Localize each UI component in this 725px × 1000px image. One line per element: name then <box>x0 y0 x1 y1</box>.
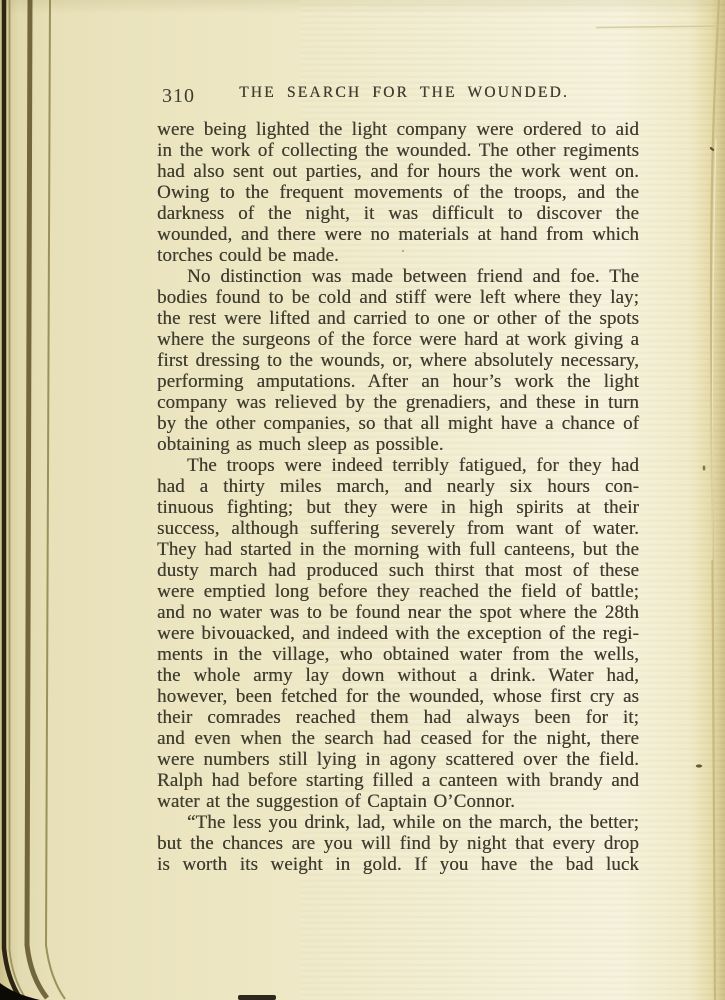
text-line: were bivouacked, and indeed with the exc… <box>157 623 639 644</box>
text-line: Owing to the frequent movements of the t… <box>157 182 639 203</box>
text-line: ments in the village, who obtained water… <box>157 644 639 665</box>
text-line: had a thirty miles march, and nearly six… <box>157 476 639 497</box>
speck-mark <box>696 764 702 767</box>
text-line: tinuous fighting; but they were in high … <box>157 497 639 518</box>
paragraph: No distinction was made between friend a… <box>157 266 639 455</box>
running-title: THE SEARCH FOR THE WOUNDED. <box>169 84 639 102</box>
page-number: 310 <box>162 85 195 108</box>
speck-mark <box>709 146 715 151</box>
text-line: The troops were indeed terribly fatigued… <box>157 455 639 476</box>
text-line: dusty march had produced such thirst tha… <box>157 560 639 581</box>
gutter-edge-line-2 <box>10 0 27 999</box>
page-edge-crease <box>711 0 719 1000</box>
text-line: bodies found to be cold and stiff were l… <box>157 287 639 308</box>
text-line: torches could be made. <box>157 245 639 266</box>
text-line: is worth its weight in gold. If you have… <box>157 854 639 875</box>
text-line: their comrades reached them had always b… <box>157 707 639 728</box>
page-header: 310 THE SEARCH FOR THE WOUNDED. <box>157 84 639 108</box>
text-line: were being lighted the light company wer… <box>157 119 639 140</box>
text-line: They had started in the morning with ful… <box>157 539 639 560</box>
gutter-edge-line-3 <box>27 0 47 998</box>
bottom-edge-shadow <box>238 995 276 1000</box>
text-line: water at the suggestion of Captain O’Con… <box>157 791 639 812</box>
speck-mark <box>703 465 706 470</box>
text-line: but the chances are you will find by nig… <box>157 833 639 854</box>
text-line: in the work of collecting the wounded. T… <box>157 140 639 161</box>
text-line: however, been fetched for the wounded, w… <box>157 686 639 707</box>
top-crease-line <box>596 26 725 28</box>
text-line: wounded, and there were no materials at … <box>157 224 639 245</box>
paragraph: The troops were indeed terribly fatigued… <box>157 455 639 812</box>
text-line: success, although suffering severely fro… <box>157 518 639 539</box>
text-line: performing amputations. After an hour’s … <box>157 371 639 392</box>
text-line: had also sent out parties, and for hours… <box>157 161 639 182</box>
text-line: darkness of the night, it was difficult … <box>157 203 639 224</box>
text-line: and no water was to be found near the sp… <box>157 602 639 623</box>
text-line: first dressing to the wounds, or, where … <box>157 350 639 371</box>
text-line: “The less you drink, lad, while on the m… <box>157 812 639 833</box>
gutter-edge-dark <box>4 0 20 998</box>
text-line: company was relieved by the grenadiers, … <box>157 392 639 413</box>
text-line: where the surgeons of the force were har… <box>157 329 639 350</box>
paragraph: were being lighted the light company wer… <box>157 119 639 266</box>
text-line: the rest were lifted and carried to one … <box>157 308 639 329</box>
text-line: and even when the search had ceased for … <box>157 728 639 749</box>
gutter-edge-line-4 <box>46 0 65 999</box>
paragraph: “The less you drink, lad, while on the m… <box>157 812 639 875</box>
corner-shadow <box>0 983 40 1000</box>
page-body: were being lighted the light company wer… <box>157 119 639 875</box>
text-line: the whole army lay down without a drink.… <box>157 665 639 686</box>
page-edge-crease-highlight <box>712 140 716 560</box>
text-line: by the other companies, so that all migh… <box>157 413 639 434</box>
book-page-scan: 310 THE SEARCH FOR THE WOUNDED. were bei… <box>0 0 725 1000</box>
text-line: were numbers still lying in agony scatte… <box>157 749 639 770</box>
text-line: were emptied long before they reached th… <box>157 581 639 602</box>
text-line: obtaining as much sleep as possible. <box>157 434 639 455</box>
text-line: No distinction was made between friend a… <box>157 266 639 287</box>
text-line: Ralph had before starting filled a cante… <box>157 770 639 791</box>
